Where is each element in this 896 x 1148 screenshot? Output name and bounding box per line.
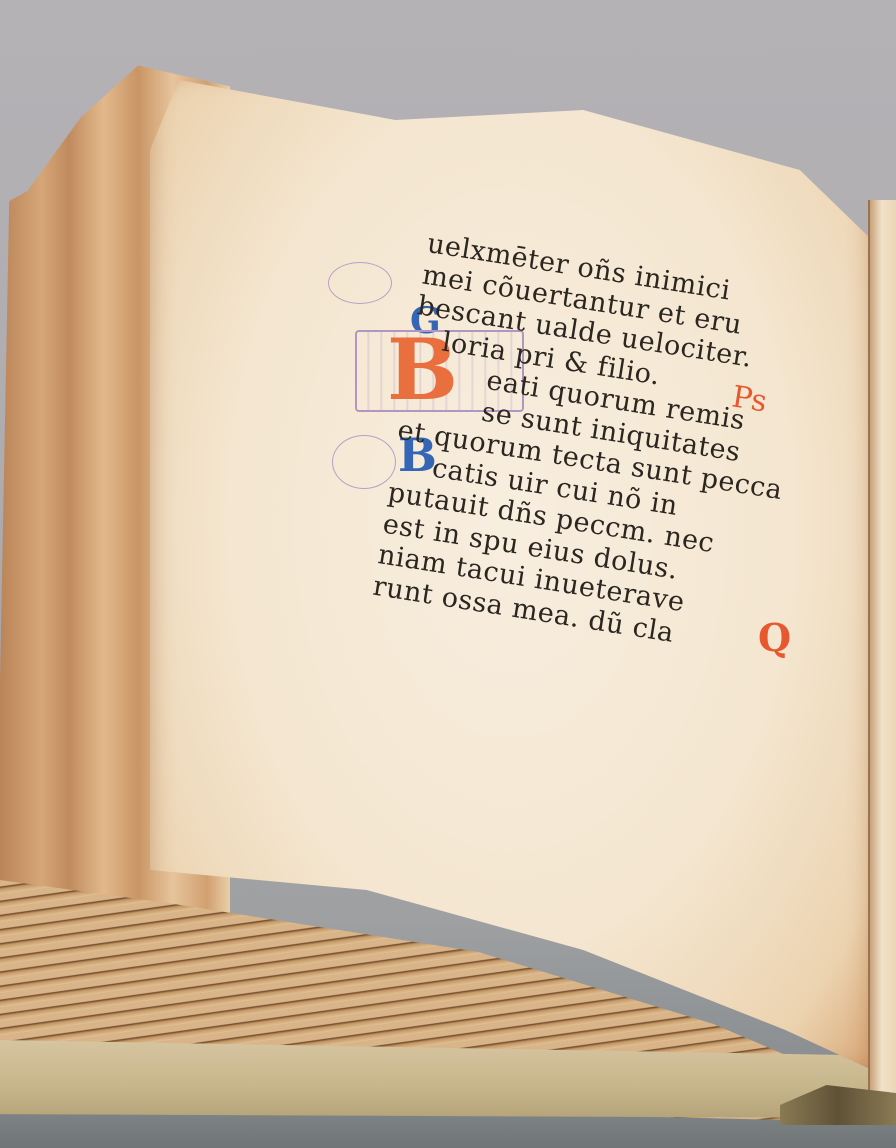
manuscript-photo: G B B Ps Q uelxmēter oñs inimici mei cõu… [0, 0, 896, 1148]
penwork-flourish-top [328, 262, 392, 304]
facing-page-edge [868, 200, 896, 1100]
red-initial-q: Q [758, 615, 791, 660]
penwork-flourish-bottom [332, 435, 396, 489]
manuscript-text: uelxmēter oñs inimici mei cõuertantur et… [371, 228, 805, 661]
